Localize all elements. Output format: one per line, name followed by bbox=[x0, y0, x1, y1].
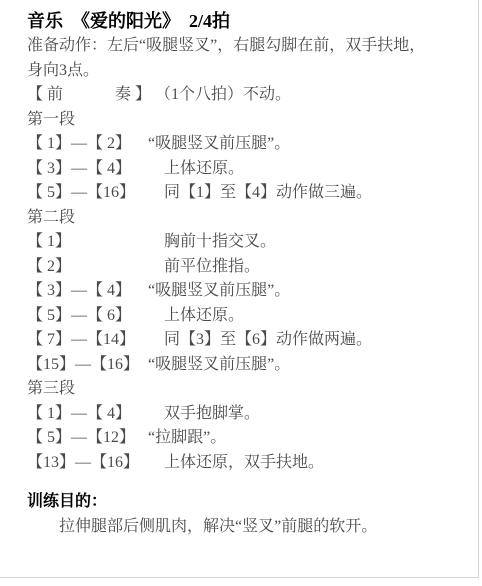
preparation-text: 准备动作：左后“吸腿竖叉”，右腿勾脚在前，双手扶地， 身向3点。 bbox=[27, 34, 458, 83]
step-desc: “吸腿竖叉前压腿”。 bbox=[148, 132, 458, 157]
step-desc: 前平位推指。 bbox=[148, 255, 458, 280]
training-goal-section: 训练目的： 拉伸腿部后侧肌肉，解决“竖叉”前腿的软开。 bbox=[27, 490, 458, 539]
step-row: 【 2】 前平位推指。 bbox=[27, 255, 458, 280]
step-label: 【 7】—【14】 bbox=[27, 328, 148, 353]
step-row: 【 7】—【14】 同【3】至【6】动作做两遍。 bbox=[27, 328, 458, 353]
step-desc: “吸腿竖叉前压腿”。 bbox=[148, 353, 458, 378]
step-row: 【 1】—【 2】 “吸腿竖叉前压腿”。 bbox=[27, 132, 458, 157]
step-label: 【 1】 bbox=[27, 230, 148, 255]
step-row: 【 5】—【16】 同【1】至【4】动作做三遍。 bbox=[27, 181, 458, 206]
step-desc: 同【3】至【6】动作做两遍。 bbox=[148, 328, 458, 353]
step-row: 【 3】—【 4】 “吸腿竖叉前压腿”。 bbox=[27, 279, 458, 304]
step-label: 【 5】—【12】 bbox=[27, 426, 148, 451]
step-desc: 上体还原。 bbox=[148, 304, 458, 329]
step-desc: 双手抱脚掌。 bbox=[148, 402, 458, 427]
training-goal-body: 拉伸腿部后侧肌肉，解决“竖叉”前腿的软开。 bbox=[27, 515, 458, 540]
step-desc: 上体还原，双手扶地。 bbox=[148, 451, 458, 476]
section-1-heading: 第一段 bbox=[27, 108, 458, 133]
step-label: 【 1】—【 4】 bbox=[27, 402, 148, 427]
step-desc: 上体还原。 bbox=[148, 157, 458, 182]
step-row: 【 1】 胸前十指交叉。 bbox=[27, 230, 458, 255]
step-label: 【 3】—【 4】 bbox=[27, 157, 148, 182]
step-label: 【 5】—【 6】 bbox=[27, 304, 148, 329]
section-3-heading: 第三段 bbox=[27, 377, 458, 402]
step-label: 【15】—【16】 bbox=[27, 353, 148, 378]
section-2-heading: 第二段 bbox=[27, 206, 458, 231]
step-desc: “吸腿竖叉前压腿”。 bbox=[148, 279, 458, 304]
document-page: 音乐 《爱的阳光》 2/4拍 准备动作：左后“吸腿竖叉”，右腿勾脚在前，双手扶地… bbox=[0, 0, 479, 578]
step-label: 【 2】 bbox=[27, 255, 148, 280]
step-row: 【 1】—【 4】 双手抱脚掌。 bbox=[27, 402, 458, 427]
step-row: 【13】—【16】 上体还原，双手扶地。 bbox=[27, 451, 458, 476]
music-title: 音乐 《爱的阳光》 2/4拍 bbox=[27, 8, 458, 34]
step-desc: “拉脚跟”。 bbox=[148, 426, 458, 451]
step-row: 【15】—【16】 “吸腿竖叉前压腿”。 bbox=[27, 353, 458, 378]
step-label: 【 1】—【 2】 bbox=[27, 132, 148, 157]
step-desc: 胸前十指交叉。 bbox=[148, 230, 458, 255]
step-desc: 同【1】至【4】动作做三遍。 bbox=[148, 181, 458, 206]
step-row: 【 3】—【 4】 上体还原。 bbox=[27, 157, 458, 182]
training-goal-heading: 训练目的： bbox=[27, 490, 458, 515]
step-row: 【 5】—【 6】 上体还原。 bbox=[27, 304, 458, 329]
step-label: 【 3】—【 4】 bbox=[27, 279, 148, 304]
prelude-line: 【 前 奏 】 （1个八拍）不动。 bbox=[27, 83, 458, 108]
step-row: 【 5】—【12】 “拉脚跟”。 bbox=[27, 426, 458, 451]
step-label: 【 5】—【16】 bbox=[27, 181, 148, 206]
step-label: 【13】—【16】 bbox=[27, 451, 148, 476]
